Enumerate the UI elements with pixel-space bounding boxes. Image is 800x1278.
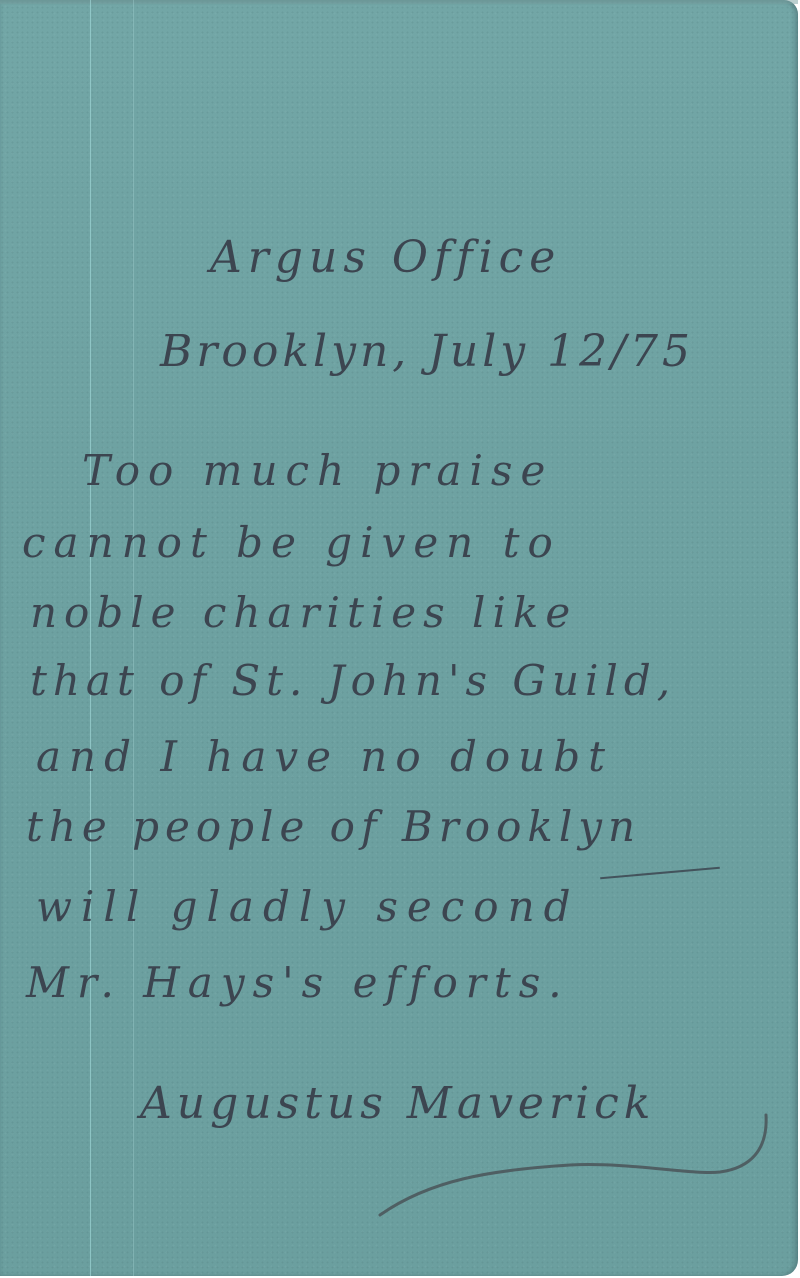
signature-flourish-icon bbox=[370, 1110, 780, 1220]
body-line: the people of Brooklyn bbox=[26, 806, 641, 848]
body-line: noble charities like bbox=[30, 592, 577, 634]
body-line: will gladly second bbox=[36, 886, 580, 928]
body-line: Too much praise bbox=[82, 450, 553, 492]
body-line: Mr. Hays's efforts. bbox=[26, 962, 570, 1004]
pen-stroke-line bbox=[600, 867, 720, 879]
letterhead-place: Argus Office bbox=[210, 236, 561, 280]
letter-paper: Argus Office Brooklyn, July 12/75 Too mu… bbox=[0, 0, 798, 1276]
paper-fold-line bbox=[90, 0, 91, 1276]
body-line: and I have no doubt bbox=[36, 736, 613, 778]
paper-top-edge bbox=[0, 0, 798, 4]
letter-dateline: Brooklyn, July 12/75 bbox=[160, 330, 694, 374]
paper-margin-line bbox=[133, 0, 134, 1276]
body-line: that of St. John's Guild, bbox=[30, 660, 676, 702]
body-line: cannot be given to bbox=[22, 522, 561, 564]
